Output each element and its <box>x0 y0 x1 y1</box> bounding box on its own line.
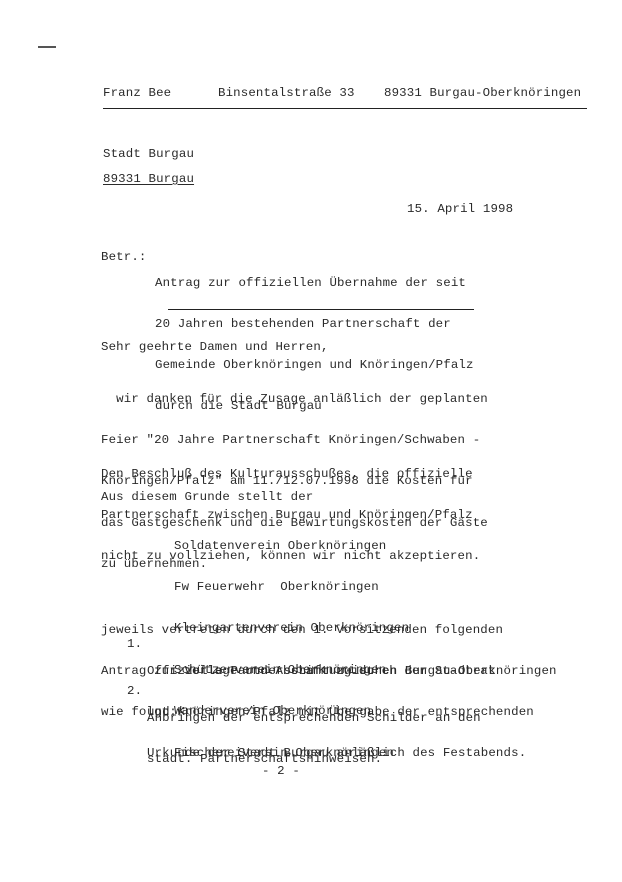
subject-label: Betr.: <box>101 250 147 264</box>
text-line: Den Beschluß des Kulturausschußes, die o… <box>101 468 480 482</box>
text-line: Offizielle Partnerschaft zwischen Burgau… <box>147 665 557 679</box>
request-2-number: 2. <box>127 684 142 698</box>
text-line: Anbringen der entsprechenden Schilder an… <box>147 712 481 726</box>
paragraph-3-intro: Aus diesem Grunde stellt der <box>101 490 313 504</box>
association-item: Fw Feuerwehr Oberknöringen <box>174 581 409 595</box>
text-line: wir danken für die Zusage anläßlich der … <box>101 393 488 407</box>
sender-name: Franz Bee <box>103 86 171 100</box>
punch-mark <box>38 46 56 48</box>
association-item: Soldatenverein Oberknöringen <box>174 540 409 554</box>
page-number: - 2 - <box>262 764 300 778</box>
request-2: Anbringen der entsprechenden Schilder an… <box>147 684 481 794</box>
text-line: jeweils vertreten durch den 1. Vorsitzen… <box>101 624 503 638</box>
request-1-number: 1. <box>127 637 142 651</box>
text-line: städt. Partnerschaftshinweisen. <box>147 753 481 767</box>
sender-street: Binsentalstraße 33 <box>218 86 355 100</box>
recipient-line-1: Stadt Burgau <box>103 147 194 161</box>
letter-page: Franz Bee Binsentalstraße 33 89331 Burga… <box>0 0 622 882</box>
salutation: Sehr geehrte Damen und Herren, <box>101 340 329 354</box>
sender-city: 89331 Burgau-Oberknöringen <box>384 86 581 100</box>
subject-line: Antrag zur offiziellen Übernahme der sei… <box>155 277 474 291</box>
recipient-line-2: 89331 Burgau <box>103 172 194 186</box>
letter-date: 15. April 1998 <box>407 202 513 216</box>
letterhead-rule <box>103 108 587 109</box>
subject-line: 20 Jahren bestehenden Partnerschaft der <box>155 318 474 332</box>
subject-rule <box>168 309 474 310</box>
